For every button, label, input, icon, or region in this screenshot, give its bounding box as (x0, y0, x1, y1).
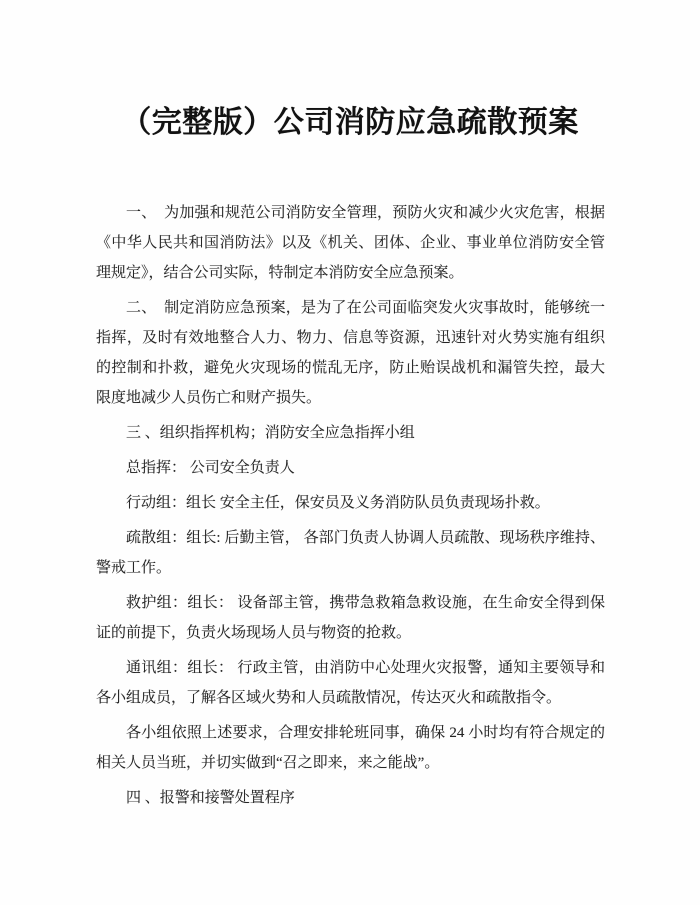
paragraph-purpose: 一、 为加强和规范公司消防安全管理，预防火灾和减少火灾危害，根据《中华人民共和国… (96, 198, 605, 288)
section-heading-3: 三 、组织指挥机构；消防安全应急指挥小组 (96, 418, 605, 448)
document-page: （完整版）公司消防应急疏散预案 一、 为加强和规范公司消防安全管理，预防火灾和减… (0, 0, 700, 905)
document-title: （完整版）公司消防应急疏散预案 (0, 0, 700, 141)
paragraph-communication-team: 通讯组：组长： 行政主管，由消防中心处理火灾报警，通知主要领导和各小组成员，了解… (96, 653, 605, 713)
document-body: 一、 为加强和规范公司消防安全管理，预防火灾和减少火灾危害，根据《中华人民共和国… (96, 198, 605, 813)
paragraph-evacuation-team: 疏散组：组长: 后勤主管， 各部门负责人协调人员疏散、现场秩序维持、警戒工作。 (96, 523, 605, 583)
paragraph-rescue-team: 救护组：组长： 设备部主管，携带急救箱急救设施，在生命安全得到保证的前提下，负责… (96, 588, 605, 648)
section-heading-4: 四 、报警和接警处置程序 (96, 783, 605, 813)
paragraph-rationale: 二、 制定消防应急预案，是为了在公司面临突发火灾事故时，能够统一指挥，及时有效地… (96, 293, 605, 413)
paragraph-chief-commander: 总指挥： 公司安全负责人 (96, 453, 605, 483)
paragraph-shift-arrangement: 各小组依照上述要求，合理安排轮班同事，确保 24 小时均有符合规定的相关人员当班… (96, 718, 605, 778)
paragraph-action-team: 行动组：组长 安全主任，保安员及义务消防队员负责现场扑救。 (96, 488, 605, 518)
